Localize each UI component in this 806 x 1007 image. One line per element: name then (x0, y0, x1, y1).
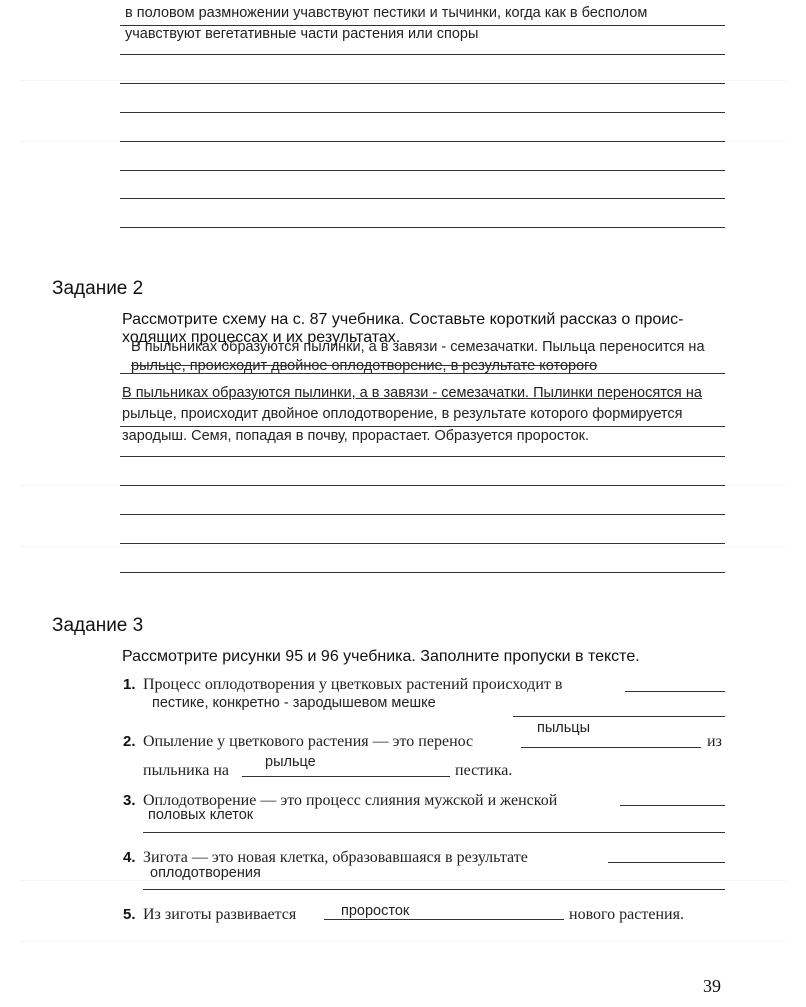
task2-draft-answer-line1: В пыльниках образуются пылинки, а в завя… (131, 339, 705, 355)
item-text: нового растения. (569, 906, 684, 924)
item-text: пестика. (455, 762, 512, 780)
ruled-line (120, 514, 725, 515)
task2-answer-line2: рыльце, происходит двойное оплодотворени… (122, 406, 682, 422)
item-text: Опыление у цветкового растения — это пер… (143, 733, 473, 751)
task3-instruction: Рассмотрите рисунки 95 и 96 учебника. За… (122, 648, 640, 666)
task2-draft-answer-line2: рыльце, происходит двойное оплодотворени… (131, 358, 597, 374)
ruled-line (120, 170, 725, 171)
blank-line (324, 919, 564, 920)
watermark-band (20, 80, 786, 142)
item-answer: проросток (341, 903, 409, 919)
ruled-line (120, 83, 725, 84)
blank-line (608, 862, 725, 863)
item-number: 5. (123, 906, 136, 923)
item-answer-2: рыльце (265, 754, 316, 770)
blank-line (521, 747, 701, 748)
task3-heading: Задание 3 (52, 615, 143, 637)
ruled-line (120, 572, 725, 573)
item-number: 1. (123, 676, 136, 693)
ruled-line (120, 456, 725, 457)
watermark-band (20, 485, 786, 547)
blank-line (513, 716, 725, 717)
item-text: Процесс оплодотворения у цветковых расте… (143, 676, 562, 694)
item-number: 4. (123, 849, 136, 866)
item-number: 3. (123, 792, 136, 809)
ruled-line (120, 373, 725, 374)
ruled-line (120, 112, 725, 113)
ruled-line (120, 227, 725, 228)
blank-line (625, 691, 725, 692)
item-text: из (707, 733, 722, 751)
task2-answer-line3: зародыш. Семя, попадая в почву, прораста… (122, 428, 589, 444)
task2-heading: Задание 2 (52, 278, 143, 300)
item-answer: половых клеток (148, 807, 253, 823)
answer-line-1: в половом размножении учавствуют пестики… (125, 5, 647, 21)
ruled-line (120, 54, 725, 55)
item-number: 2. (123, 733, 136, 750)
blank-line (143, 889, 725, 890)
ruled-line (120, 426, 725, 427)
blank-line (143, 832, 725, 833)
blank-line (242, 776, 450, 777)
page-number: 39 (703, 976, 721, 997)
item-text: пыльника на (143, 762, 229, 780)
ruled-line (120, 141, 725, 142)
ruled-line (120, 543, 725, 544)
ruled-line (120, 485, 725, 486)
blank-line (620, 805, 725, 806)
item-answer-1: пыльцы (537, 720, 590, 736)
item-answer: оплодотворения (150, 865, 261, 881)
answer-line-2: учавствуют вегетативные части растения и… (125, 26, 478, 42)
item-answer: пестике, конкретно - зародышевом мешке (152, 695, 436, 711)
task2-instruction-line1: Рассмотрите схему на с. 87 учебника. Сос… (122, 311, 684, 329)
item-text: Из зиготы развивается (143, 906, 296, 924)
ruled-line (120, 198, 725, 199)
task2-answer-line1: В пыльниках образуются пылинки, а в завя… (122, 385, 702, 401)
